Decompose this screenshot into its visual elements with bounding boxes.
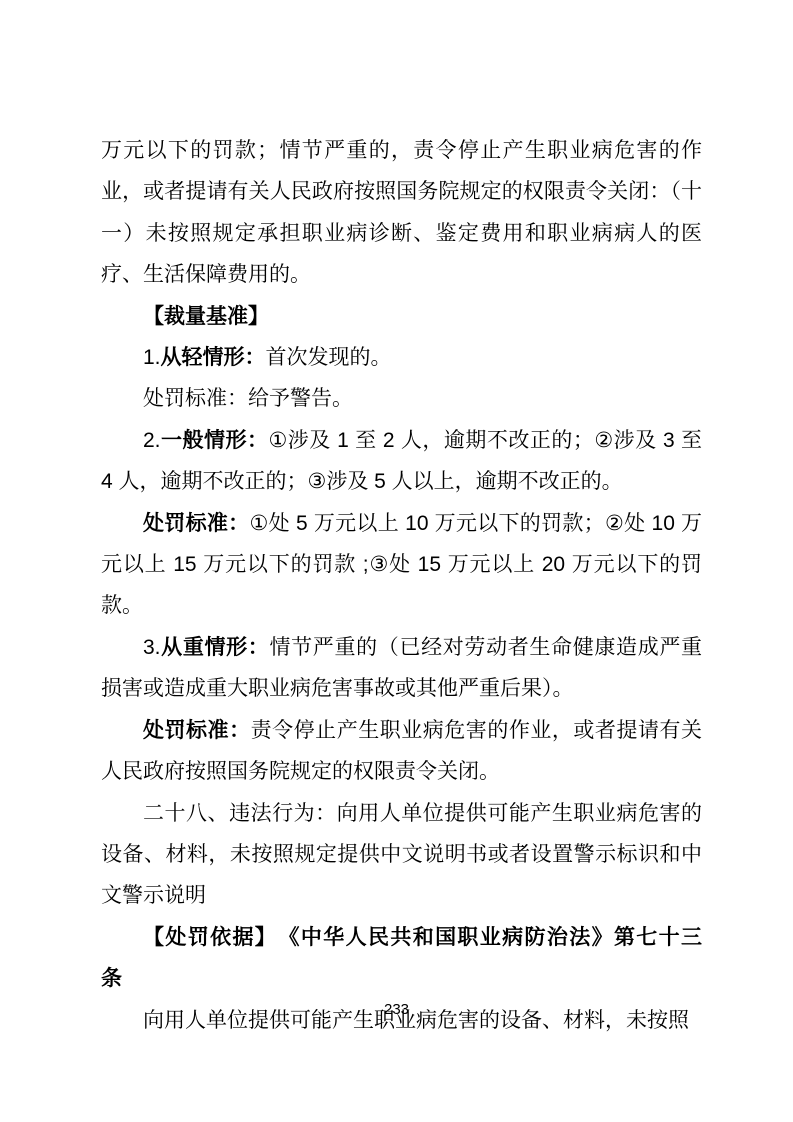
bold-text-run: 处罚标准： xyxy=(143,719,251,742)
text-run: 首次发现的。 xyxy=(266,346,392,369)
bold-text-run: 条 xyxy=(101,967,122,990)
paragraph: 处罚标准：责令停止产生职业病危害的作业，或者提请有关人民政府按照国务院规定的权限… xyxy=(101,710,702,793)
text-run: 3. xyxy=(143,636,161,659)
paragraph: 处罚标准：给予警告。 xyxy=(101,378,702,419)
paragraph-line: 【处罚依据】 《中华人民共和国职业病防治法》第七十三 xyxy=(101,917,702,958)
paragraph: 万元以下的罚款；情节严重的，责令停止产生职业病危害的作业，或者提请有关人民政府按… xyxy=(101,130,702,296)
text-run: 1. xyxy=(143,346,161,369)
bold-text-run: 从重情形： xyxy=(161,636,270,659)
paragraph: 【裁量基准】 xyxy=(101,296,702,337)
paragraph: 处罚标准：①处 5 万元以上 10 万元以下的罚款；②处 10 万元以上 15 … xyxy=(101,503,702,627)
text-run: 处罚标准：给予警告。 xyxy=(143,387,353,410)
paragraph: 二十八、违法行为：向用人单位提供可能产生职业病危害的设备、材料，未按照规定提供中… xyxy=(101,793,702,917)
document-body: 万元以下的罚款；情节严重的，责令停止产生职业病危害的作业，或者提请有关人民政府按… xyxy=(101,130,702,1041)
bold-text-run: 一般情形： xyxy=(161,429,269,452)
bold-text-run: 【处罚依据】 xyxy=(143,926,267,949)
bold-text-run: 处罚标准： xyxy=(143,512,249,535)
paragraph: 1.从轻情形：首次发现的。 xyxy=(101,337,702,378)
text-run: 二十八、违法行为：向用人单位提供可能产生职业病危害的设备、材料，未按照规定提供中… xyxy=(101,802,702,908)
bold-text-run: 《中华人民共和国职业病防治法》第七十三 xyxy=(289,926,702,949)
bold-text-run: 从轻情形： xyxy=(161,346,266,369)
paragraph: 2.一般情形：①涉及 1 至 2 人，逾期不改正的；②涉及 3 至 4 人，逾期… xyxy=(101,420,702,503)
paragraph: 3.从重情形：情节严重的（已经对劳动者生命健康造成严重损害或造成重大职业病危害事… xyxy=(101,627,702,710)
bold-text-run: 【裁量基准】 xyxy=(143,305,269,328)
text-run: 2. xyxy=(143,429,161,452)
bold-text-run xyxy=(267,926,289,949)
page-number: 233 xyxy=(0,999,793,1021)
paragraph-line: 条 xyxy=(101,958,702,999)
text-run: 万元以下的罚款；情节严重的，责令停止产生职业病危害的作业，或者提请有关人民政府按… xyxy=(101,139,702,286)
document-page: 万元以下的罚款；情节严重的，责令停止产生职业病危害的作业，或者提请有关人民政府按… xyxy=(0,0,793,1122)
